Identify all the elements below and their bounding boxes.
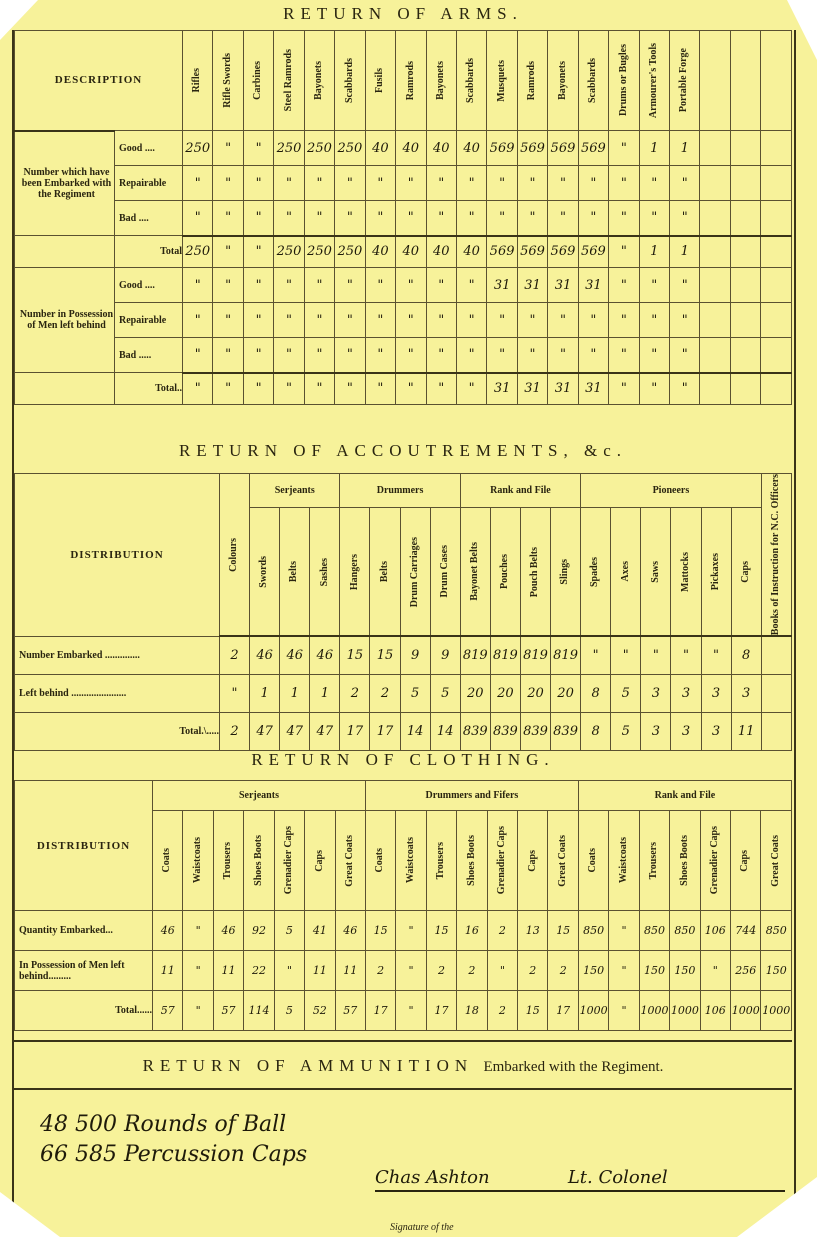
group-header-drummers: Drummers (340, 474, 460, 508)
cell-value: 819 (490, 636, 520, 674)
table-row: Total......57"571145525717"1718215171000… (15, 991, 792, 1031)
cell-value: " (335, 166, 365, 201)
cell-value: 569 (487, 236, 517, 268)
column-header: Rifle Swords (213, 31, 243, 131)
cell-value: 2 (340, 674, 370, 712)
cell-value: " (670, 338, 700, 373)
cell-value: 819 (460, 636, 490, 674)
cell-value: 40 (456, 236, 486, 268)
cell-value: " (365, 268, 395, 303)
column-header: Grenadier Caps (274, 811, 304, 911)
cell-value (700, 268, 730, 303)
column-header: Great Coats (761, 811, 792, 911)
cell-value: 13 (518, 911, 548, 951)
column-header: Musquets (487, 31, 517, 131)
column-header: Caps (305, 811, 335, 911)
cell-value: " (213, 373, 243, 405)
blank-cell (15, 373, 115, 405)
cell-value: " (396, 303, 426, 338)
cell-value: " (456, 303, 486, 338)
cell-value: " (670, 166, 700, 201)
cell-value: " (243, 166, 273, 201)
ammunition-title: RETURN OF AMMUNITION Embarked with the R… (14, 1056, 792, 1076)
cell-value: 31 (487, 268, 517, 303)
column-label: Carbines (253, 61, 264, 100)
column-label: Pouches (500, 554, 511, 589)
column-label: Ramrods (527, 61, 538, 100)
cell-value: 15 (340, 636, 370, 674)
cell-value: " (456, 338, 486, 373)
cell-value (700, 166, 730, 201)
column-header (761, 31, 792, 131)
cell-value: 57 (335, 991, 365, 1031)
column-header: Coats (153, 811, 183, 911)
cell-value: 5 (274, 991, 304, 1031)
cell-value: 46 (250, 636, 280, 674)
cell-value (730, 373, 760, 405)
cell-value: " (213, 236, 243, 268)
cell-value: " (670, 268, 700, 303)
cell-value: " (213, 131, 243, 166)
cell-value: " (641, 636, 671, 674)
group-header-drummers: Drummers and Fifers (365, 781, 578, 811)
cell-value: 11 (731, 712, 761, 750)
signature-name: Chas Ashton (375, 1167, 490, 1188)
cell-value: " (335, 373, 365, 405)
column-label: Bayonets (558, 61, 569, 100)
cell-value: 15 (426, 911, 456, 951)
column-header: Grenadier Caps (487, 811, 517, 911)
column-header: Waistcoats (609, 811, 639, 911)
column-header: Drum Cases (430, 508, 460, 636)
column-label: Steel Ramrods (284, 49, 295, 111)
cell-value: " (274, 166, 304, 201)
cell-value: " (639, 268, 669, 303)
cell-value: 569 (517, 131, 547, 166)
cell-value: " (365, 201, 395, 236)
cell-value: " (578, 201, 608, 236)
cell-value (730, 131, 760, 166)
cell-value: 15 (365, 911, 395, 951)
cell-value: " (243, 131, 273, 166)
cell-value: 2 (548, 951, 578, 991)
cell-value: 3 (641, 674, 671, 712)
description-header: DESCRIPTION (15, 31, 183, 131)
cell-value: 850 (670, 911, 700, 951)
cell-value: 31 (548, 373, 578, 405)
cell-value: " (213, 268, 243, 303)
column-label: Caps (740, 850, 751, 872)
cell-value: 9 (400, 636, 430, 674)
cell-value: " (609, 268, 639, 303)
cell-value: " (220, 674, 250, 712)
cell-value: " (213, 166, 243, 201)
cell-value: " (670, 373, 700, 405)
cell-value: 20 (551, 674, 581, 712)
row-label: Repairable (115, 303, 183, 338)
cell-value: " (213, 303, 243, 338)
column-header: Carbines (243, 31, 273, 131)
row-label: Total (115, 236, 183, 268)
column-header: Scabbards (578, 31, 608, 131)
cell-value: " (274, 373, 304, 405)
row-group-label: Number in Possession of Men left behind (15, 268, 115, 373)
group-header-serjeants: Serjeants (250, 474, 340, 508)
cell-value: 52 (305, 991, 335, 1031)
cell-value: " (183, 951, 213, 991)
column-header (700, 31, 730, 131)
cell-value: " (487, 303, 517, 338)
column-header: Portable Forge (670, 31, 700, 131)
cell-value: 1000 (578, 991, 608, 1031)
cell-value: 40 (396, 236, 426, 268)
cell-value: 31 (548, 268, 578, 303)
cell-value: " (609, 338, 639, 373)
column-header: Ramrods (517, 31, 547, 131)
arms-title: RETURN OF ARMS. (14, 4, 792, 24)
cell-value: 46 (310, 636, 340, 674)
cell-value: 850 (578, 911, 608, 951)
cell-value: " (548, 303, 578, 338)
cell-value: " (335, 303, 365, 338)
cell-value (700, 201, 730, 236)
column-header: Caps (731, 811, 761, 911)
cell-value: 46 (280, 636, 310, 674)
cell-value: 1 (250, 674, 280, 712)
cell-value: " (335, 338, 365, 373)
cell-value: " (274, 201, 304, 236)
column-label: Coats (162, 848, 173, 872)
table-row: Bad .....""""""""""""""""" (15, 338, 792, 373)
divider (14, 1040, 792, 1042)
cell-value: 14 (400, 712, 430, 750)
column-label: Trousers (223, 842, 234, 879)
cell-value (730, 268, 760, 303)
group-header-pioneers: Pioneers (581, 474, 762, 508)
cell-value (761, 712, 791, 750)
cell-value: " (517, 338, 547, 373)
signature: Chas Ashton Lt. Colonel (375, 1160, 785, 1192)
cell-value (700, 373, 730, 405)
column-label: Sashes (320, 558, 331, 586)
cell-value: 250 (304, 236, 334, 268)
cell-value: " (701, 636, 731, 674)
cell-value: 114 (244, 991, 274, 1031)
cell-value: 46 (153, 911, 183, 951)
column-label: Belts (289, 561, 300, 582)
cell-value: 3 (641, 712, 671, 750)
column-label: Armourer's Tools (649, 43, 660, 118)
group-header-serjeants: Serjeants (153, 781, 366, 811)
column-label: Trousers (649, 842, 660, 879)
cell-value: " (274, 951, 304, 991)
cell-value: 569 (578, 236, 608, 268)
cell-value (761, 131, 792, 166)
clothing-table: DISTRIBUTIONSerjeantsDrummers and Fifers… (14, 780, 792, 1031)
column-label: Slings (560, 559, 571, 585)
column-label: Caps (315, 850, 326, 872)
cell-value: 569 (487, 131, 517, 166)
column-label: Books of Instruction for N.C. Officers (771, 474, 782, 635)
cell-value: " (456, 373, 486, 405)
cell-value: " (670, 303, 700, 338)
cell-value: " (517, 303, 547, 338)
cell-value: 18 (457, 991, 487, 1031)
cell-value: 250 (274, 236, 304, 268)
cell-value: " (396, 951, 426, 991)
cell-value: 15 (518, 991, 548, 1031)
column-header: Swords (250, 508, 280, 636)
arms-table: DESCRIPTIONRiflesRifle SwordsCarbinesSte… (14, 30, 792, 405)
cell-value: 5 (611, 712, 641, 750)
column-label: Caps (741, 561, 752, 583)
row-label: Bad ..... (115, 338, 183, 373)
column-header: Bayonets (426, 31, 456, 131)
cell-value: 839 (490, 712, 520, 750)
cell-value: 1000 (761, 991, 792, 1031)
column-label: Trousers (436, 842, 447, 879)
cell-value: " (396, 991, 426, 1031)
cell-value: 1 (639, 131, 669, 166)
column-header: Waistcoats (183, 811, 213, 911)
column-header: Axes (611, 508, 641, 636)
table-row: Number in Possession of Men left behindG… (15, 268, 792, 303)
cell-value: " (243, 373, 273, 405)
column-label: Coats (588, 848, 599, 872)
cell-value: 2 (365, 951, 395, 991)
column-header: Scabbards (456, 31, 486, 131)
cell-value: 17 (426, 991, 456, 1031)
cell-value: " (396, 911, 426, 951)
cell-value: 2 (220, 636, 250, 674)
cell-value: 41 (305, 911, 335, 951)
cell-value: " (609, 373, 639, 405)
column-header: Great Coats (548, 811, 578, 911)
column-label: Saws (651, 561, 662, 583)
cell-value: " (396, 338, 426, 373)
column-header: Great Coats (335, 811, 365, 911)
column-label: Ramrods (406, 61, 417, 100)
column-label: Scabbards (466, 58, 477, 103)
column-header: Drums or Bugles (609, 31, 639, 131)
column-header: Trousers (213, 811, 243, 911)
cell-value: 20 (460, 674, 490, 712)
cell-value: 47 (310, 712, 340, 750)
cell-value: " (213, 201, 243, 236)
cell-value: 22 (244, 951, 274, 991)
column-header: Drum Carriages (400, 508, 430, 636)
distribution-header: DISTRIBUTION (15, 781, 153, 911)
ammunition-line-ball: 48 500 Rounds of Ball (40, 1110, 307, 1140)
cell-value (730, 303, 760, 338)
cell-value (761, 303, 792, 338)
cell-value: " (639, 201, 669, 236)
cell-value: " (183, 201, 213, 236)
cell-value: " (517, 166, 547, 201)
column-label: Shoes Boots (680, 835, 691, 886)
cell-value: " (243, 236, 273, 268)
cell-value: " (611, 636, 641, 674)
table-row: Number which have been Embarked with the… (15, 131, 792, 166)
cell-value: 2 (487, 991, 517, 1031)
table-row: Repairable""""""""""""""""" (15, 166, 792, 201)
column-header: Pouch Belts (520, 508, 550, 636)
column-label: Bayonet Belts (470, 542, 481, 601)
cell-value: " (183, 268, 213, 303)
cell-value: 11 (305, 951, 335, 991)
column-label: Grenadier Caps (497, 826, 508, 894)
row-label: Total.\..... (15, 712, 220, 750)
cell-value: 15 (370, 636, 400, 674)
cell-value: " (609, 303, 639, 338)
cell-value: 31 (578, 268, 608, 303)
cell-value: " (456, 268, 486, 303)
column-label: Drum Cases (440, 545, 451, 598)
cell-value: 2 (426, 951, 456, 991)
cell-value: 8 (581, 674, 611, 712)
cell-value: " (396, 201, 426, 236)
cell-value: " (426, 166, 456, 201)
cell-value: 14 (430, 712, 460, 750)
column-label: Waistcoats (193, 837, 204, 883)
cell-value: 3 (731, 674, 761, 712)
column-label: Belts (380, 561, 391, 582)
column-header: Grenadier Caps (700, 811, 730, 911)
column-header: Bayonets (304, 31, 334, 131)
column-header: Shoes Boots (457, 811, 487, 911)
cell-value: 40 (365, 236, 395, 268)
cell-value: 20 (520, 674, 550, 712)
blank-cell (15, 236, 115, 268)
cell-value: " (426, 338, 456, 373)
group-header-rank_and_file: Rank and File (460, 474, 580, 508)
column-label: Grenadier Caps (284, 826, 295, 894)
cell-value: 8 (731, 636, 761, 674)
column-header: Waistcoats (396, 811, 426, 911)
column-label: Great Coats (345, 835, 356, 887)
column-header: Bayonet Belts (460, 508, 490, 636)
cell-value: 150 (670, 951, 700, 991)
cell-value: " (304, 338, 334, 373)
row-label: Good .... (115, 131, 183, 166)
cell-value (700, 236, 730, 268)
cell-value: " (639, 373, 669, 405)
cell-value: 2 (487, 911, 517, 951)
distribution-header: DISTRIBUTION (15, 474, 220, 637)
column-label: Pickaxes (711, 553, 722, 590)
cell-value: 1000 (731, 991, 761, 1031)
cell-value: " (700, 951, 730, 991)
column-label: Bayonets (314, 61, 325, 100)
column-label: Hangers (350, 554, 361, 590)
cell-value (700, 131, 730, 166)
cell-value: " (243, 268, 273, 303)
row-label: Total.. (115, 373, 183, 405)
cell-value: " (609, 951, 639, 991)
column-header: Shoes Boots (244, 811, 274, 911)
cell-value: 3 (701, 674, 731, 712)
signature-rank: Lt. Colonel (568, 1167, 668, 1188)
column-header: Armourer's Tools (639, 31, 669, 131)
cell-value: " (426, 201, 456, 236)
cell-value: " (670, 201, 700, 236)
cell-value: " (639, 338, 669, 373)
row-group-label: Number which have been Embarked with the… (15, 131, 115, 236)
cell-value (761, 201, 792, 236)
cell-value: " (609, 131, 639, 166)
cell-value: 17 (548, 991, 578, 1031)
column-label: Musquets (497, 60, 508, 102)
cell-value: " (548, 338, 578, 373)
column-header: Bayonets (548, 31, 578, 131)
table-row: Total.\.....2474747171714148398398398398… (15, 712, 792, 750)
cell-value: 839 (520, 712, 550, 750)
cell-value: 819 (520, 636, 550, 674)
cell-value: 47 (250, 712, 280, 750)
cell-value: " (609, 201, 639, 236)
cell-value: 3 (701, 712, 731, 750)
column-header: Coats (578, 811, 608, 911)
column-label: Rifle Swords (223, 53, 234, 108)
column-header: Scabbards (335, 31, 365, 131)
table-row: In Possession of Men left behind........… (15, 951, 792, 991)
cell-value (761, 236, 792, 268)
cell-value (730, 201, 760, 236)
cell-value: 31 (517, 373, 547, 405)
cell-value: " (581, 636, 611, 674)
cell-value: 40 (426, 131, 456, 166)
cell-value: " (609, 911, 639, 951)
signature-label: Signature of the (390, 1222, 454, 1233)
column-label: Great Coats (558, 835, 569, 887)
cell-value: 16 (457, 911, 487, 951)
divider (14, 1088, 792, 1090)
column-label: Waistcoats (619, 837, 630, 883)
column-label: Swords (259, 556, 270, 588)
cell-value: 150 (639, 951, 669, 991)
column-label: Grenadier Caps (710, 826, 721, 894)
cell-value (700, 338, 730, 373)
ammunition-subtitle: Embarked with the Regiment. (483, 1059, 663, 1075)
cell-value: " (548, 201, 578, 236)
cell-value: " (274, 303, 304, 338)
row-label: Bad .... (115, 201, 183, 236)
table-row: Total250""25025025040404040569569569569"… (15, 236, 792, 268)
cell-value: " (335, 268, 365, 303)
cell-value: " (456, 201, 486, 236)
cell-value: " (365, 166, 395, 201)
cell-value: 2 (370, 674, 400, 712)
group-header-row: DISTRIBUTIONSerjeantsDrummers and Fifers… (15, 781, 792, 811)
cell-value (730, 166, 760, 201)
column-header: Ramrods (396, 31, 426, 131)
cell-value: " (609, 991, 639, 1031)
cell-value: " (426, 268, 456, 303)
cell-value: 569 (548, 131, 578, 166)
cell-value: " (243, 303, 273, 338)
column-header: Books of Instruction for N.C. Officers (761, 474, 791, 637)
cell-value: 31 (578, 373, 608, 405)
cell-value (730, 338, 760, 373)
cell-value: " (671, 636, 701, 674)
table-row: Repairable""""""""""""""""" (15, 303, 792, 338)
cell-value: 17 (340, 712, 370, 750)
cell-value: " (335, 201, 365, 236)
cell-value: 850 (761, 911, 792, 951)
cell-value: 46 (335, 911, 365, 951)
cell-value: " (487, 166, 517, 201)
cell-value: 250 (335, 236, 365, 268)
